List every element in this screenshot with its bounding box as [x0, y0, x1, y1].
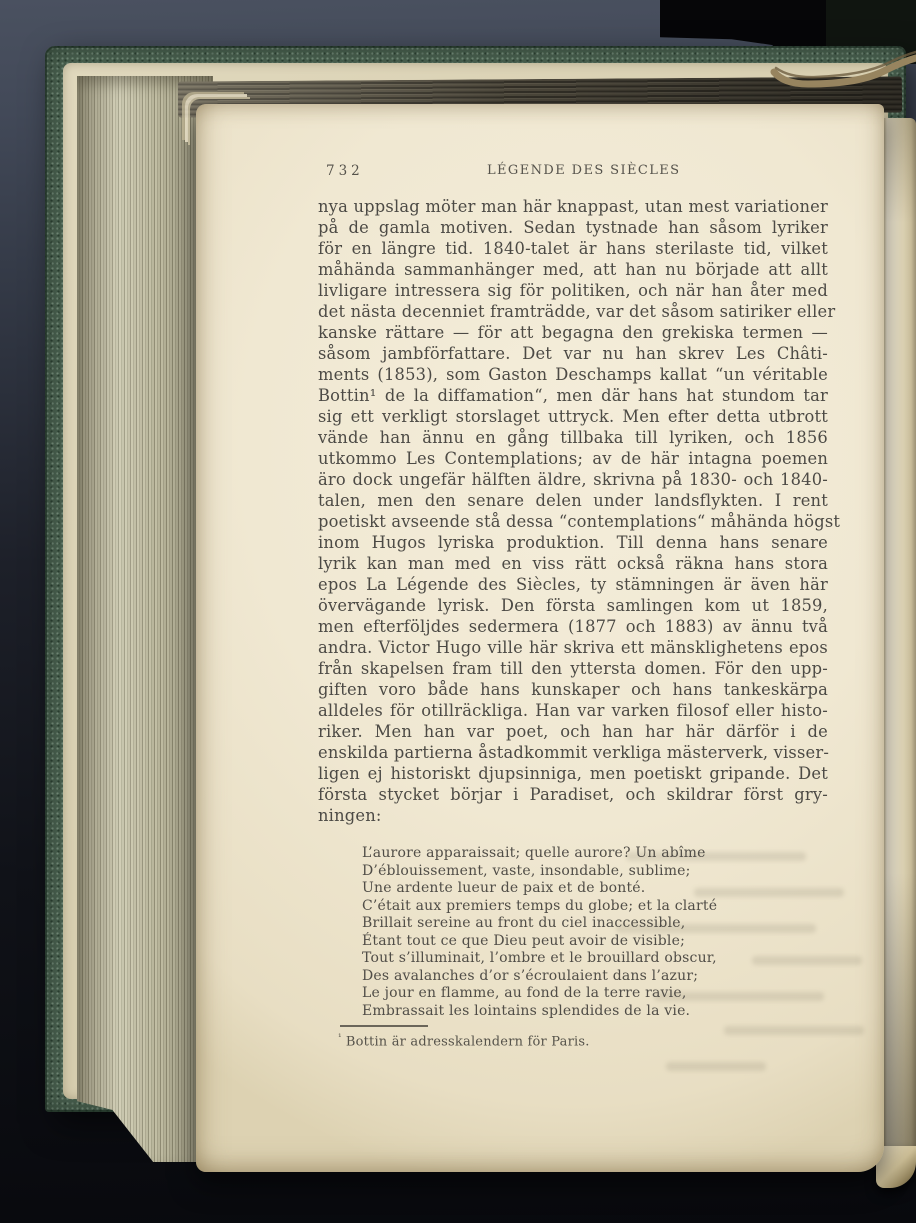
text-line: poetiskt avseende stå dessa “contemplati…: [318, 511, 828, 532]
book-page: 732 LÉGENDE DES SIÈCLES nya uppslag möte…: [196, 104, 884, 1172]
text-line: livligare intressera sig för politiken, …: [318, 280, 828, 301]
text-line: kanske rättare — för att begagna den gre…: [318, 322, 828, 343]
running-title: LÉGENDE DES SIÈCLES: [487, 163, 680, 178]
text-line: talen, men den senare delen under landsf…: [318, 490, 828, 511]
text-line: såsom jambförfattare. Det var nu han skr…: [318, 343, 828, 364]
text-line: inom Hugos lyriska produktion. Till denn…: [318, 532, 828, 553]
text-line: C’était aux premiers temps du globe; et …: [362, 898, 782, 916]
text-line: ligen ej historiskt djupsinniga, men poe…: [318, 763, 828, 784]
text-line: enskilda partierna åstadkommit verkliga …: [318, 742, 828, 763]
underlying-page-edge: [884, 118, 916, 1166]
footnote-marker: ¹: [338, 1033, 342, 1043]
text-line: Le jour en flamme, au fond de la terre r…: [362, 985, 782, 1003]
text-line: Bottin¹ de la diffamation“, men där hans…: [318, 385, 828, 406]
text-line: L’aurore apparaissait; quelle aurore? Un…: [362, 845, 782, 863]
text-line: ningen:: [318, 805, 828, 826]
text-line: måhända sammanhänger med, att han nu bör…: [318, 259, 828, 280]
footnote: ¹Bottin är adresskalendern för Paris.: [338, 1033, 590, 1049]
text-line: lyrik kan man med en viss rätt också räk…: [318, 553, 828, 574]
text-line: Des avalanches d’or s’écroulaient dans l…: [362, 968, 782, 986]
text-line: det nästa decenniet framträdde, var det …: [318, 301, 828, 322]
text-line: sig ett verkligt storslaget uttryck. Men…: [318, 406, 828, 427]
text-line: nya uppslag möter man här knappast, utan…: [318, 196, 828, 217]
text-line: utkommo Les Contemplations; av de här in…: [318, 448, 828, 469]
text-line: på de gamla motiven. Sedan tystnade han …: [318, 217, 828, 238]
text-line: vände han ännu en gång tillbaka till lyr…: [318, 427, 828, 448]
scanned-book-photo: 732 LÉGENDE DES SIÈCLES nya uppslag möte…: [0, 0, 916, 1223]
text-line: Tout s’illuminait, l’ombre et le brouill…: [362, 950, 782, 968]
poem-quotation: L’aurore apparaissait; quelle aurore? Un…: [362, 845, 782, 1020]
page-edges-left-stack: [77, 76, 213, 1162]
text-line: övervägande lyrisk. Den första samlingen…: [318, 595, 828, 616]
page-corner-edge-lines: [188, 97, 250, 145]
show-through-ghosting: [666, 1062, 766, 1071]
text-line: Brillait sereine au front du ciel inacce…: [362, 915, 782, 933]
body-text: nya uppslag möter man här knappast, utan…: [318, 196, 828, 826]
frayed-cover-edge: [768, 38, 916, 90]
text-line: Embrassait les lointains splendides de l…: [362, 1003, 782, 1021]
footnote-text: Bottin är adresskalendern för Paris.: [346, 1034, 590, 1049]
text-line: första stycket börjar i Paradiset, och s…: [318, 784, 828, 805]
text-line: D’éblouissement, vaste, insondable, subl…: [362, 863, 782, 881]
text-line: men efterföljdes sedermera (1877 och 188…: [318, 616, 828, 637]
text-line: ments (1853), som Gaston Deschamps kalla…: [318, 364, 828, 385]
text-line: för en längre tid. 1840-talet är hans st…: [318, 238, 828, 259]
text-line: riker. Men han var poet, och han har här…: [318, 721, 828, 742]
page-header: 732 LÉGENDE DES SIÈCLES: [196, 163, 884, 183]
text-line: giften voro både hans kunskaper och hans…: [318, 679, 828, 700]
text-line: Une ardente lueur de paix et de bonté.: [362, 880, 782, 898]
text-line: Étant tout ce que Dieu peut avoir de vis…: [362, 933, 782, 951]
footnote-separator: [340, 1025, 428, 1027]
text-line: alldeles för otillräckliga. Han var vark…: [318, 700, 828, 721]
text-line: andra. Victor Hugo ville här skriva ett …: [318, 637, 828, 658]
text-line: epos La Légende des Siècles, ty stämning…: [318, 574, 828, 595]
page-number: 732: [326, 163, 364, 179]
show-through-ghosting: [724, 1026, 864, 1035]
text-line: äro dock ungefär hälften äldre, skrivna …: [318, 469, 828, 490]
text-line: från skapelsen fram till den yttersta do…: [318, 658, 828, 679]
